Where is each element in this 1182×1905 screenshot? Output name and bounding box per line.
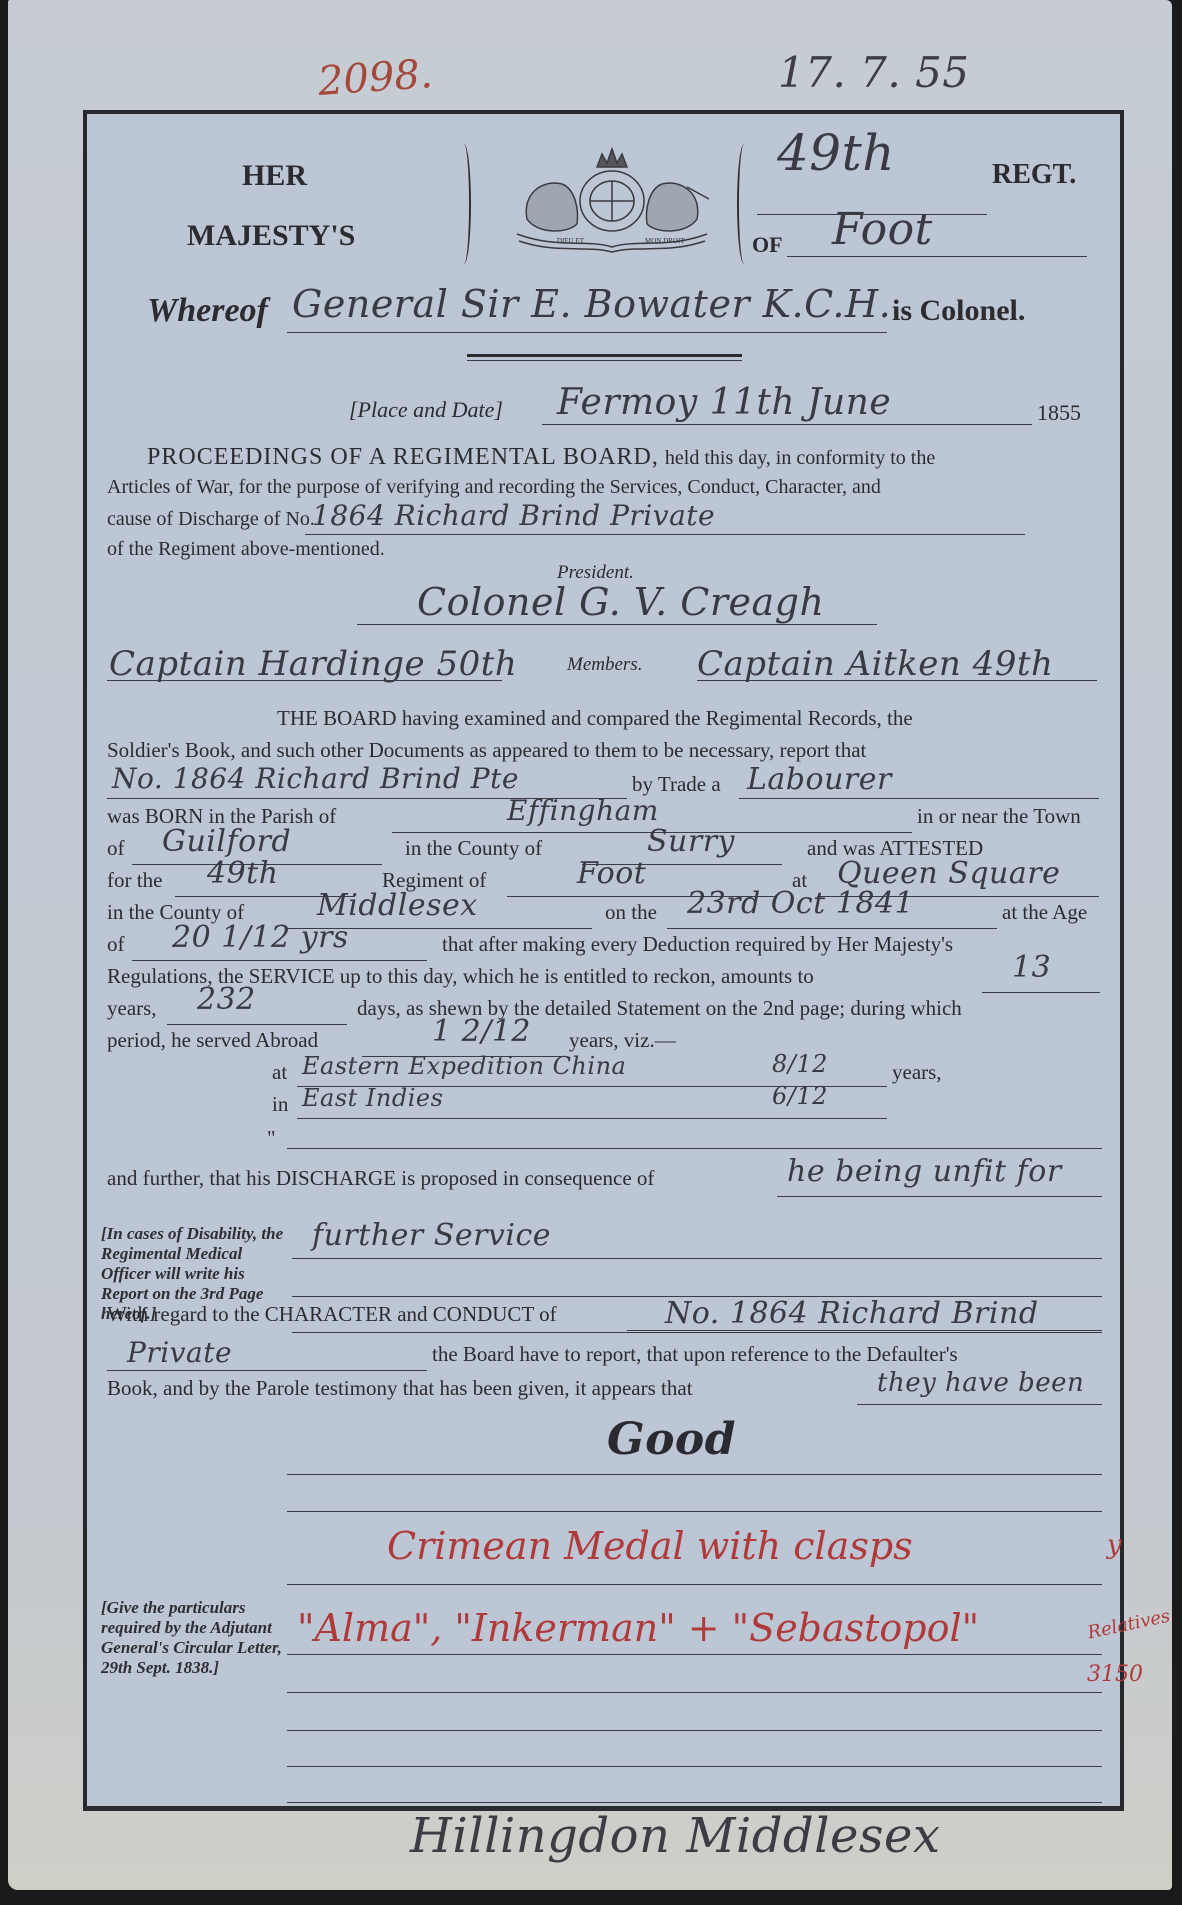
member-left-line xyxy=(107,680,502,681)
of-town-label: of xyxy=(107,836,125,861)
right-brace xyxy=(737,144,751,264)
place-date-value: Fermoy 11th June xyxy=(557,382,891,423)
place-date-line xyxy=(542,424,1032,425)
president-line xyxy=(357,624,877,625)
medal-line-2: "Alma", "Inkerman" + "Sebastopol" xyxy=(297,1606,979,1650)
character-rank-value: Private xyxy=(127,1336,232,1369)
character-soldier-line xyxy=(627,1330,1102,1331)
member-right-line xyxy=(697,680,1097,681)
header-divider-thin xyxy=(467,360,742,361)
service-days-value: 232 xyxy=(197,982,256,1017)
report-line-2: Soldier's Book, and such other Documents… xyxy=(107,738,866,763)
regiment-number-value: 49th xyxy=(777,124,895,182)
age-value: 20 1/12 yrs xyxy=(172,920,349,955)
character-verdict-value: Good xyxy=(607,1414,736,1465)
margin-note-number: 3150 xyxy=(1087,1662,1143,1687)
age-of-label: of xyxy=(107,932,125,957)
abroad-row-1-years: 8/12 xyxy=(772,1050,828,1078)
president-name-value: Colonel G. V. Creagh xyxy=(417,580,824,624)
place-date-label: [Place and Date] xyxy=(349,397,503,423)
her-label: HER xyxy=(242,159,307,193)
attested-county-value: Middlesex xyxy=(317,888,478,923)
proceedings-heading: PROCEEDINGS OF A REGIMENTAL BOARD, xyxy=(147,444,659,470)
service-years-value: 13 xyxy=(1012,950,1051,985)
viz-label: years, viz.— xyxy=(569,1028,676,1053)
regiment-of-value: Foot xyxy=(577,856,646,891)
character-rank-line xyxy=(107,1370,427,1371)
service-days-line xyxy=(167,1024,347,1025)
report-line-1: THE BOARD having examined and compared t… xyxy=(277,706,913,731)
attested-regiment-value: 49th xyxy=(207,856,279,891)
years-label: years, xyxy=(107,996,157,1021)
abroad-row-1-prefix: at xyxy=(272,1060,287,1085)
proceedings-line-3-label: cause of Discharge of No. xyxy=(107,508,315,531)
discharge-reason-line-2-rule xyxy=(292,1258,1102,1259)
particulars-line-1 xyxy=(287,1584,1102,1585)
abroad-years-value: 1 2/12 xyxy=(432,1014,531,1049)
particulars-line-6 xyxy=(287,1802,1102,1803)
colonel-name-value: General Sir E. Bowater K.C.H. xyxy=(292,282,891,326)
trade-line xyxy=(739,798,1099,799)
abroad-row-1-place: Eastern Expedition China xyxy=(302,1052,626,1080)
proceedings-line-2: Articles of War, for the purpose of veri… xyxy=(107,476,881,499)
discharge-reason-line-4-rule xyxy=(292,1332,1102,1333)
particulars-line-3 xyxy=(287,1692,1102,1693)
service-years-line xyxy=(982,992,1100,993)
is-colonel-label: is Colonel. xyxy=(892,294,1025,328)
whereof-label: Whereof xyxy=(147,292,268,330)
majestys-label: MAJESTY'S xyxy=(187,219,355,253)
character-line-1-label: With regard to the CHARACTER and CONDUCT… xyxy=(107,1302,557,1327)
margin-note-top: y xyxy=(1107,1530,1122,1560)
character-line-2-text: the Board have to report, that upon refe… xyxy=(432,1342,958,1367)
abroad-row-2-prefix: in xyxy=(272,1092,288,1117)
discharge-soldier-value: 1864 Richard Brind Private xyxy=(312,499,715,532)
particulars-side-note: [Give the particulars required by the Ad… xyxy=(101,1598,286,1678)
deduction-text: that after making every Deduction requir… xyxy=(442,932,953,957)
on-the-label: on the xyxy=(605,900,657,925)
left-brace xyxy=(457,144,471,264)
year-value: 1855 xyxy=(1037,400,1081,426)
of-label: OF xyxy=(752,232,783,258)
character-line-3-text: Book, and by the Parole testimony that h… xyxy=(107,1376,693,1401)
abroad-row-2-place: East Indies xyxy=(302,1084,443,1112)
attested-date-line xyxy=(667,928,997,929)
particulars-line-0 xyxy=(287,1511,1102,1512)
reference-number: 2098. xyxy=(317,51,434,105)
for-the-label: for the xyxy=(107,868,162,893)
colonel-line xyxy=(287,332,887,333)
abroad-row-3-line xyxy=(287,1148,1102,1149)
proceedings-line-4: of the Regiment above-mentioned. xyxy=(107,538,385,561)
members-label: Members. xyxy=(567,654,642,676)
particulars-line-5 xyxy=(287,1766,1102,1767)
discharge-soldier-line xyxy=(305,534,1025,535)
verdict-line xyxy=(287,1474,1102,1475)
trade-value: Labourer xyxy=(747,762,892,797)
royal-coat-of-arms-icon: DIEU ET MON DROIT xyxy=(497,139,727,254)
character-line-3-value: they have been xyxy=(877,1368,1084,1398)
soldier-value: No. 1864 Richard Brind Pte xyxy=(112,762,519,795)
medal-line-1: Crimean Medal with clasps xyxy=(387,1524,913,1568)
particulars-line-2 xyxy=(287,1654,1102,1655)
attested-date-value: 23rd Oct 1841 xyxy=(687,886,914,921)
age-label: at the Age xyxy=(1002,900,1087,925)
member-right-value: Captain Aitken 49th xyxy=(697,644,1053,684)
discharge-reason-line-2: further Service xyxy=(312,1218,551,1253)
character-soldier-value: No. 1864 Richard Brind xyxy=(665,1296,1039,1331)
regiment-type-line xyxy=(787,256,1087,257)
member-left-value: Captain Hardinge 50th xyxy=(109,644,517,684)
discharge-text: and further, that his DISCHARGE is propo… xyxy=(107,1166,654,1191)
footer-annotation: Hillingdon Middlesex xyxy=(410,1808,941,1864)
discharge-reason-line-1-rule xyxy=(777,1196,1102,1197)
regiment-type-value: Foot xyxy=(832,204,933,255)
header-divider xyxy=(467,354,742,357)
abroad-row-2-years: 6/12 xyxy=(772,1082,828,1110)
abroad-label: period, he served Abroad xyxy=(107,1028,318,1053)
character-line-3-rule xyxy=(857,1404,1102,1405)
abroad-row-2-line xyxy=(297,1118,887,1119)
svg-text:DIEU ET: DIEU ET xyxy=(557,237,585,245)
abroad-row-3-prefix: " xyxy=(267,1126,276,1151)
parish-value: Effingham xyxy=(507,794,659,827)
proceedings-line-1: PROCEEDINGS OF A REGIMENTAL BOARD, held … xyxy=(147,444,935,471)
discharge-reason-line-1: he being unfit for xyxy=(787,1154,1062,1189)
date-stamp: 17. 7. 55 xyxy=(778,48,970,97)
town-label: in or near the Town xyxy=(917,804,1081,829)
abroad-row-1-suffix: years, xyxy=(892,1060,942,1085)
regt-label: REGT. xyxy=(992,159,1076,191)
county-value: Surry xyxy=(647,824,735,859)
town-value: Guilford xyxy=(162,824,291,859)
form-frame: HER MAJESTY'S DIEU ET MON DROIT 49th REG… xyxy=(83,110,1124,1811)
county-label: in the County of xyxy=(405,836,542,861)
svg-text:MON DROIT: MON DROIT xyxy=(645,237,685,245)
age-line xyxy=(132,960,427,961)
particulars-line-4 xyxy=(287,1730,1102,1731)
